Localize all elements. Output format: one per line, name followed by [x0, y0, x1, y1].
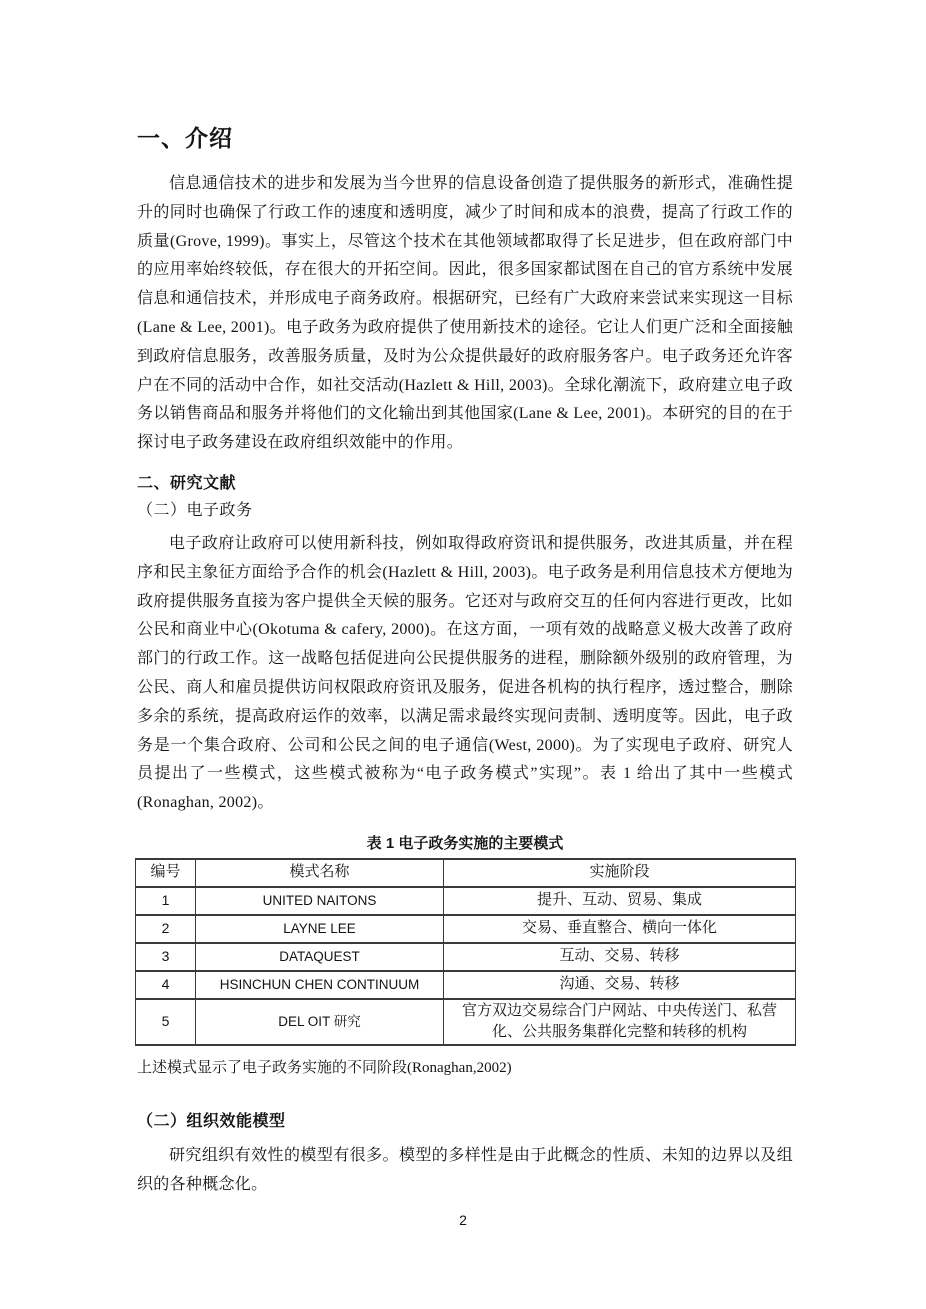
subsection-heading-egovernment: （二）电子政务 — [137, 500, 793, 521]
cell-model-name: LAYNE LEE — [196, 915, 444, 943]
subsection-heading-effectiveness-models: （二）组织效能模型 — [137, 1111, 793, 1133]
cell-stage: 沟通、交易、转移 — [444, 971, 796, 999]
cell-model-name: HSINCHUN CHEN CONTINUUM — [196, 971, 444, 999]
table-row: 3 DATAQUEST 互动、交易、转移 — [136, 943, 796, 971]
document-page: 一、介绍 信息通信技术的进步和发展为当今世界的信息设备创造了提供服务的新形式，准… — [0, 0, 926, 1309]
column-header-model-name: 模式名称 — [196, 859, 444, 887]
egovernment-models-table: 编号 模式名称 实施阶段 1 UNITED NAITONS 提升、互动、贸易、集… — [135, 858, 796, 1046]
column-header-number: 编号 — [136, 859, 196, 887]
egovernment-paragraph: 电子政府让政府可以使用新科技，例如取得政府资讯和提供服务，改进其质量，并在程序和… — [137, 530, 793, 818]
table-caption: 上述模式显示了电子政务实施的不同阶段(Ronaghan,2002) — [137, 1058, 793, 1078]
cell-number: 1 — [136, 887, 196, 915]
cell-number: 2 — [136, 915, 196, 943]
page-number: 2 — [0, 1212, 926, 1228]
effectiveness-paragraph: 研究组织有效性的模型有很多。模型的多样性是由于此概念的性质、未知的边界以及组织的… — [137, 1142, 793, 1200]
cell-stage: 互动、交易、转移 — [444, 943, 796, 971]
cell-stage: 官方双边交易综合门户网站、中央传送门、私营化、公共服务集群化完整和转移的机构 — [444, 999, 796, 1045]
cell-number: 5 — [136, 999, 196, 1045]
column-header-implementation-stage: 实施阶段 — [444, 859, 796, 887]
cell-stage: 交易、垂直整合、横向一体化 — [444, 915, 796, 943]
cell-model-name: DEL OIT 研究 — [196, 999, 444, 1045]
table-header-row: 编号 模式名称 实施阶段 — [136, 859, 796, 887]
cell-model-name: DATAQUEST — [196, 943, 444, 971]
table-row: 1 UNITED NAITONS 提升、互动、贸易、集成 — [136, 887, 796, 915]
cell-number: 4 — [136, 971, 196, 999]
table-title: 表 1 电子政务实施的主要模式 — [135, 834, 795, 854]
intro-paragraph: 信息通信技术的进步和发展为当今世界的信息设备创造了提供服务的新形式，准确性提升的… — [137, 170, 793, 458]
section-heading-introduction: 一、介绍 — [137, 124, 793, 152]
cell-stage: 提升、互动、贸易、集成 — [444, 887, 796, 915]
table-row: 5 DEL OIT 研究 官方双边交易综合门户网站、中央传送门、私营化、公共服务… — [136, 999, 796, 1045]
section-heading-literature: 二、研究文献 — [137, 473, 793, 494]
cell-number: 3 — [136, 943, 196, 971]
table-row: 2 LAYNE LEE 交易、垂直整合、横向一体化 — [136, 915, 796, 943]
document-content: 一、介绍 信息通信技术的进步和发展为当今世界的信息设备创造了提供服务的新形式，准… — [137, 0, 793, 1200]
cell-model-name: UNITED NAITONS — [196, 887, 444, 915]
table-row: 4 HSINCHUN CHEN CONTINUUM 沟通、交易、转移 — [136, 971, 796, 999]
